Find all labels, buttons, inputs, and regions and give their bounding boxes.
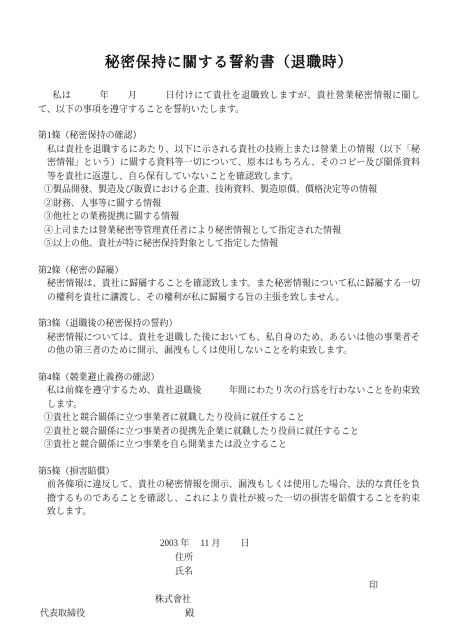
document-page: 秘密保持に關する誓約書（退職時） 私は 年 月 日付けにて貴社を退職致しますが、… xyxy=(0,0,450,636)
representative-title: 代表取締役 xyxy=(40,608,85,618)
section-article-4: 第4條（競業避止義務の確認） 私は前條を遵守するため、貴社退職後 年間にわたり次… xyxy=(38,371,420,452)
section-item: ④上司または營業秘密等管理責任者により秘密情報として指定された情報 xyxy=(44,224,420,238)
section-heading: 第5條（損害賠償） xyxy=(38,465,420,479)
section-body: 秘密情報は、貴社に歸屬することを確認致します。また秘密情報について私に歸屬する一… xyxy=(47,277,420,304)
section-item: ⑤以上の他、貴社が特に秘密保持對象として指定した情報 xyxy=(44,237,420,251)
document-title: 秘密保持に關する誓約書（退職時） xyxy=(38,53,420,73)
section-article-3: 第3條（退職後の秘密保持の誓約） 秘密情報については、貴社を退職した後においても… xyxy=(38,317,420,358)
company-name: 株式會社 xyxy=(155,592,420,606)
section-body: 私は前條を遵守するため、貴社退職後 年間にわたり次の行爲を行わないことを約束致し… xyxy=(47,384,420,411)
section-item: ③他社との業務提携に關する情報 xyxy=(44,210,420,224)
section-item: ③貴社と競合關係に立つ事業を自ら開業または設立すること xyxy=(44,438,420,452)
section-item: ①貴社と競合關係に立つ事業者に就職したり役員に就任すること xyxy=(44,411,420,425)
section-body: 秘密情報については、貴社を退職した後においても、私自身のため、あるいは他の事業者… xyxy=(47,331,420,358)
section-body: 前各條項に違反して、貴社の秘密情報を開示、漏洩もしくは使用した場合、法的な責任を… xyxy=(47,478,420,519)
section-item: ①製品開發、製造及び販賣における企畫、技術資料、製造原價、價格決定等の情報 xyxy=(44,183,420,197)
section-article-5: 第5條（損害賠償） 前各條項に違反して、貴社の秘密情報を開示、漏洩もしくは使用し… xyxy=(38,465,420,519)
representative-line: 代表取締役 殿 xyxy=(40,606,420,620)
section-item-list: ①貴社と競合關係に立つ事業者に就職したり役員に就任すること ②貴社と競合關係に立… xyxy=(44,411,420,452)
section-item: ②財務、人事等に關する情報 xyxy=(44,197,420,211)
seal-mark: 印 xyxy=(38,578,420,592)
signature-date: 2003 年 11 月 日 xyxy=(160,536,420,550)
section-article-1: 第1條（秘密保持の確認） 私は貴社を退職するにあたり、以下に示される貴社の技術上… xyxy=(38,129,420,251)
section-heading: 第2條（秘密の歸屬） xyxy=(38,264,420,278)
section-item-list: ①製品開發、製造及び販賣における企畫、技術資料、製造原價、價格決定等の情報 ②財… xyxy=(44,183,420,251)
address-label: 住所 xyxy=(175,550,420,564)
name-label: 氏名 xyxy=(175,564,420,578)
signature-block: 2003 年 11 月 日 住所 氏名 印 株式會社 代表取締役 殿 xyxy=(38,536,420,620)
section-heading: 第1條（秘密保持の確認） xyxy=(38,129,420,143)
section-heading: 第4條（競業避止義務の確認） xyxy=(38,371,420,385)
intro-paragraph: 私は 年 月 日付けにて貴社を退職致しますが、貴社營業秘密情報に關して、以下の事… xyxy=(38,89,420,116)
honorific-label: 殿 xyxy=(87,606,194,620)
section-heading: 第3條（退職後の秘密保持の誓約） xyxy=(38,317,420,331)
section-item: ②貴社と競合關係に立つ事業者の提携先企業に就職したり役員に就任すること xyxy=(44,425,420,439)
section-body: 私は貴社を退職するにあたり、以下に示される貴社の技術上または營業上の情報（以下「… xyxy=(47,143,420,184)
section-article-2: 第2條（秘密の歸屬） 秘密情報は、貴社に歸屬することを確認致します。また秘密情報… xyxy=(38,264,420,305)
